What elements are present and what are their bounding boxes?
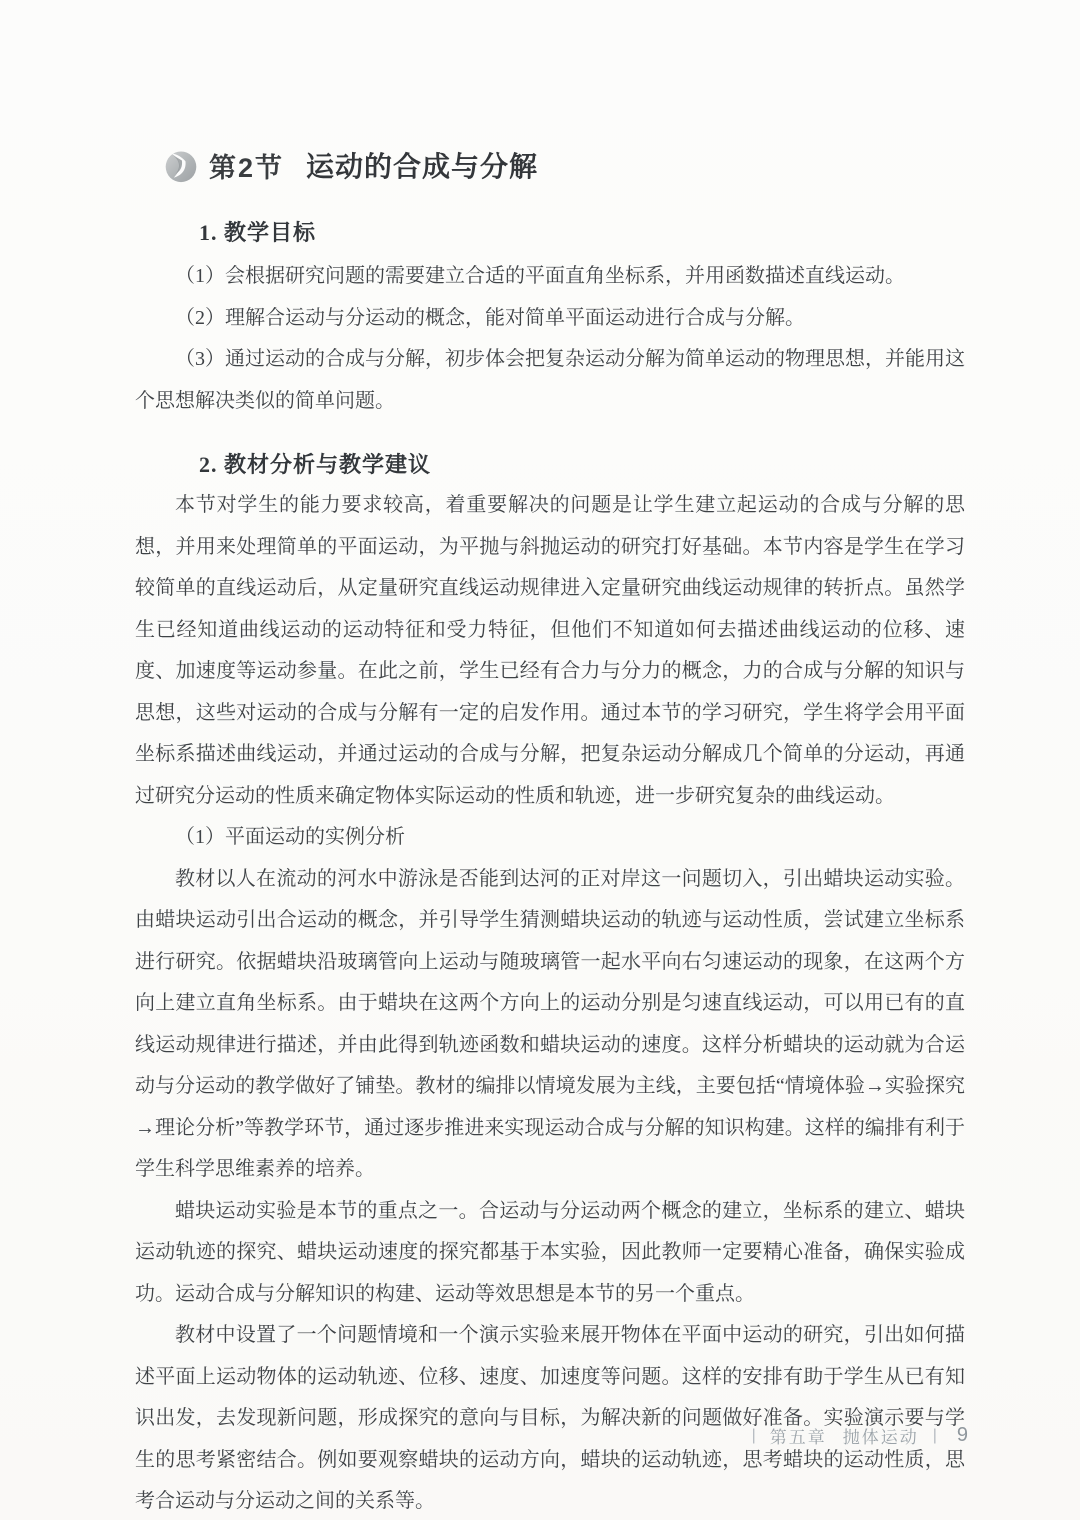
- goal-item-1: （1）会根据研究问题的需要建立合适的平面直角坐标系，并用函数描述直线运动。: [135, 256, 965, 298]
- footer-chapter-title: 抛体运动: [843, 1423, 919, 1448]
- footer-chapter: 第五章: [770, 1423, 827, 1448]
- analysis-subheading: （1）平面运动的实例分析: [135, 817, 965, 859]
- heading-analysis: 2. 教材分析与教学建议: [199, 448, 965, 479]
- teaching-goals-list: （1）会根据研究问题的需要建立合适的平面直角坐标系，并用函数描述直线运动。 （2…: [135, 256, 965, 422]
- analysis-paragraph-4: 教材中设置了一个问题情境和一个演示实验来展开物体在平面中运动的研究，引出如何描述…: [135, 1315, 965, 1520]
- book-page: 第2节 运动的合成与分解 1. 教学目标 （1）会根据研究问题的需要建立合适的平…: [0, 0, 1080, 1520]
- analysis-paragraph-2: 教材以人在流动的河水中游泳是否能到达河的正对岸这一问题切入，引出蜡块运动实验。由…: [135, 859, 965, 1191]
- page-footer: | 第五章 抛体运动 | 9: [738, 1423, 968, 1448]
- section-header: 第2节 运动的合成与分解: [163, 142, 965, 188]
- goal-item-2: （2）理解合运动与分运动的概念，能对简单平面运动进行合成与分解。: [135, 298, 965, 340]
- page-title: 运动的合成与分解: [306, 145, 538, 185]
- page-content: 第2节 运动的合成与分解 1. 教学目标 （1）会根据研究问题的需要建立合适的平…: [135, 142, 965, 1520]
- footer-separator-right: |: [933, 1427, 937, 1445]
- page-number: 9: [957, 1424, 968, 1447]
- goal-item-3: （3）通过运动的合成与分解，初步体会把复杂运动分解为简单运动的物理思想，并能用这…: [135, 339, 965, 422]
- section-number-label: 第2节: [209, 146, 284, 185]
- footer-separator-left: |: [752, 1427, 756, 1445]
- analysis-paragraph-3: 蜡块运动实验是本节的重点之一。合运动与分运动两个概念的建立，坐标系的建立、蜡块运…: [135, 1191, 965, 1316]
- analysis-paragraph-1: 本节对学生的能力要求较高，着重要解决的问题是让学生建立起运动的合成与分解的思想，…: [135, 485, 965, 817]
- heading-teaching-goals: 1. 教学目标: [199, 216, 965, 247]
- swirl-ball-icon: [163, 144, 199, 186]
